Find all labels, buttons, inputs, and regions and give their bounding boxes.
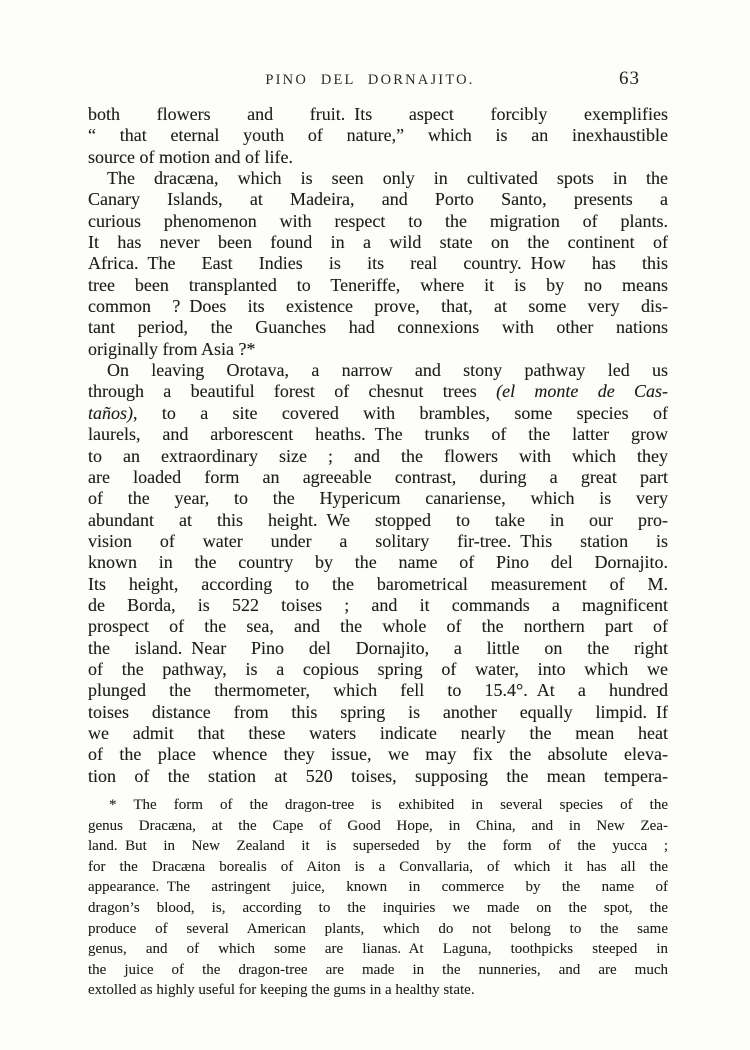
text-line: vision of water under a solitary fir-tre… [88, 531, 668, 552]
text-line: for the Dracæna borealis of Aiton is a C… [88, 857, 668, 878]
text-line: curious phenomenon with respect to the m… [88, 211, 668, 232]
text-line: tree been transplanted to Teneriffe, whe… [88, 275, 668, 296]
text-line: originally from Asia ?* [88, 339, 668, 360]
page-number: 63 [619, 68, 640, 90]
text-line: of the pathway, is a copious spring of w… [88, 659, 668, 680]
page-body: both flowers and fruit. Its aspect forci… [88, 104, 668, 787]
text-line: It has never been found in a wild state … [88, 232, 668, 253]
text-line: land. But in New Zealand it is supersede… [88, 836, 668, 857]
text-line: extolled as highly useful for keeping th… [88, 980, 668, 1001]
text-line: laurels, and arborescent heaths. The tru… [88, 424, 668, 445]
text-line: of the year, to the Hypericum canariense… [88, 488, 668, 509]
text-line: * The form of the dragon-tree is exhibit… [88, 795, 668, 816]
text-line: produce of several American plants, whic… [88, 919, 668, 940]
text-line: genus, and of which some are lianas. At … [88, 939, 668, 960]
text-line: On leaving Orotava, a narrow and stony p… [88, 360, 668, 381]
text-line: “ that eternal youth of nature,” which i… [88, 125, 668, 146]
text-line: known in the country by the name of Pino… [88, 552, 668, 573]
text-line: Africa. The East Indies is its real coun… [88, 253, 668, 274]
text-line: the juice of the dragon-tree are made in… [88, 960, 668, 981]
text-line: both flowers and fruit. Its aspect forci… [88, 104, 668, 125]
text-line: appearance. The astringent juice, known … [88, 877, 668, 898]
text-line: Its height, according to the barometrica… [88, 574, 668, 595]
text-line: are loaded form an agreeable contrast, d… [88, 467, 668, 488]
text-line: the island. Near Pino del Dornajito, a l… [88, 638, 668, 659]
text-line: we admit that these waters indicate near… [88, 723, 668, 744]
running-title: PINO DEL DORNAJITO. [80, 72, 660, 89]
book-page: PINO DEL DORNAJITO. 63 both flowers and … [0, 0, 750, 1050]
text-line: source of motion and of life. [88, 147, 668, 168]
text-line: of the place whence they issue, we may f… [88, 744, 668, 765]
text-line: common ? Does its existence prove, that,… [88, 296, 668, 317]
text-line: Canary Islands, at Madeira, and Porto Sa… [88, 189, 668, 210]
text-line: genus Dracæna, at the Cape of Good Hope,… [88, 816, 668, 837]
text-line: tion of the station at 520 toises, suppo… [88, 766, 668, 787]
text-line: to an extraordinary size ; and the flowe… [88, 446, 668, 467]
footnote: * The form of the dragon-tree is exhibit… [88, 795, 668, 1001]
text-line: toises distance from this spring is anot… [88, 702, 668, 723]
text-line: abundant at this height. We stopped to t… [88, 510, 668, 531]
text-line: tant period, the Guanches had connexions… [88, 317, 668, 338]
text-line: dragon’s blood, is, according to the inq… [88, 898, 668, 919]
text-line: through a beautiful forest of chesnut tr… [88, 381, 668, 402]
text-line: de Borda, is 522 toises ; and it command… [88, 595, 668, 616]
text-line: plunged the thermometer, which fell to 1… [88, 680, 668, 701]
text-line: prospect of the sea, and the whole of th… [88, 616, 668, 637]
text-line: The dracæna, which is seen only in culti… [88, 168, 668, 189]
text-line: taños), to a site covered with brambles,… [88, 403, 668, 424]
page-header: PINO DEL DORNAJITO. 63 [88, 72, 668, 96]
